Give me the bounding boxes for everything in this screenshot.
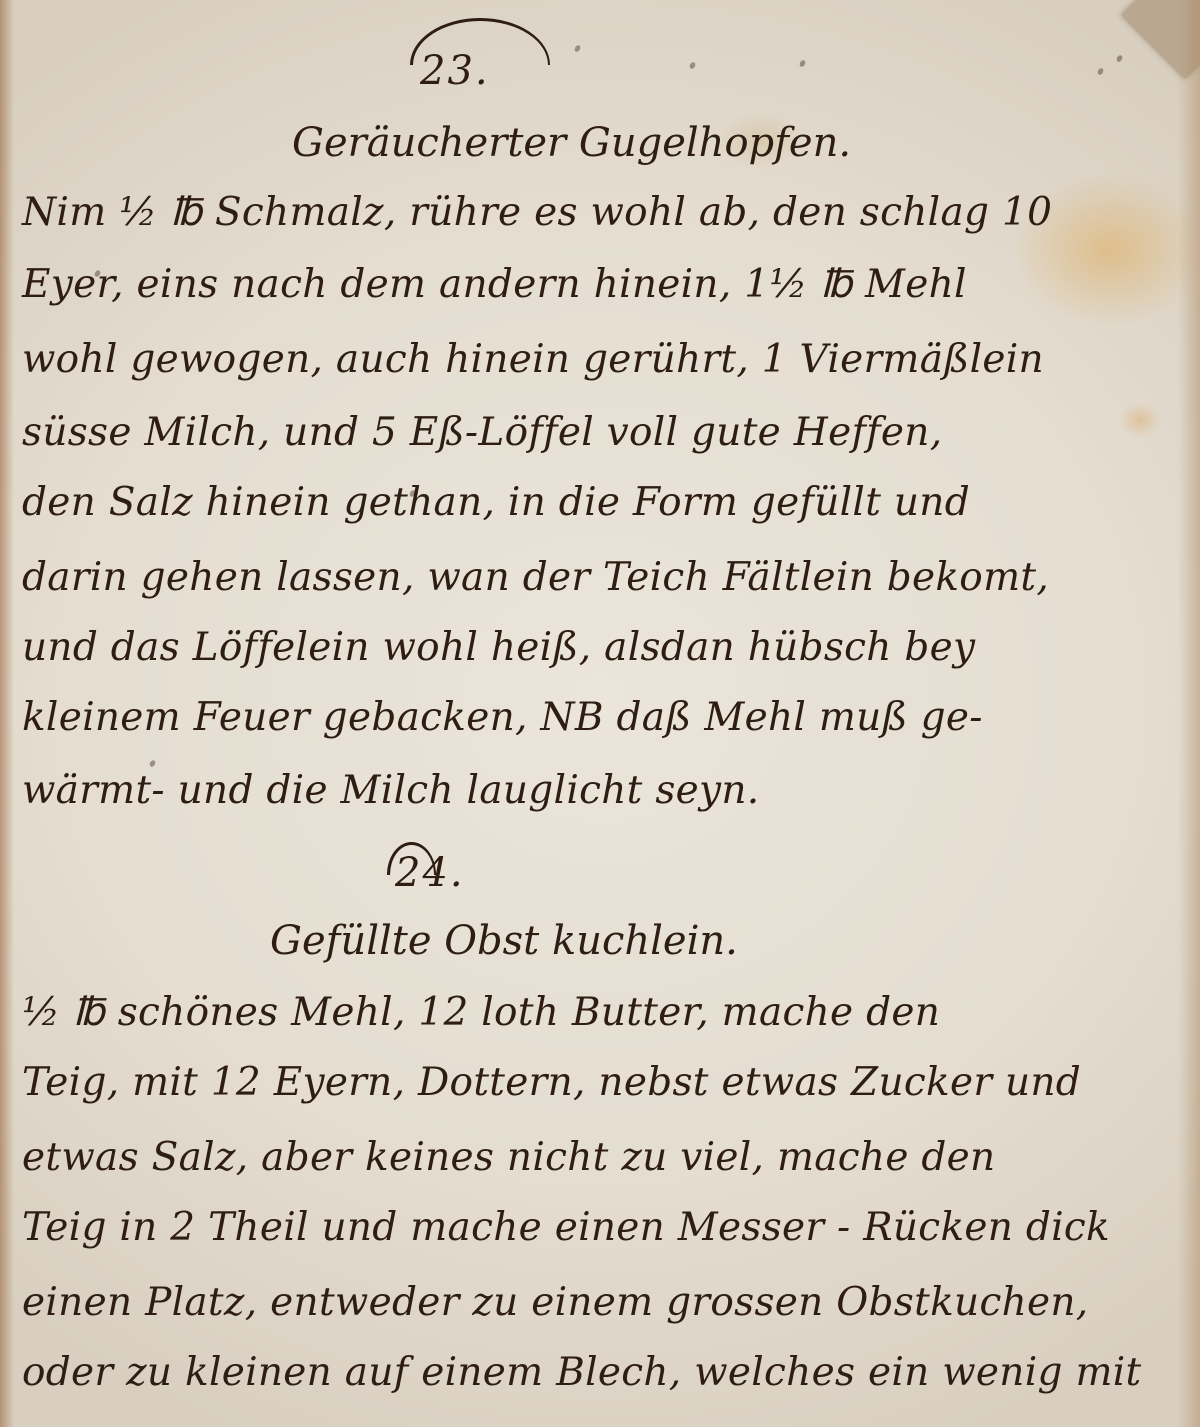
recipe-line: Teig in 2 Theil und mache einen Messer -… [22, 1205, 1110, 1250]
ink-speck [149, 759, 157, 768]
ink-speck [1097, 67, 1105, 76]
number-arc-decoration [410, 18, 550, 65]
recipe-line: wohl gewogen, auch hinein gerührt, 1 Vie… [22, 337, 1044, 382]
recipe-line: oder zu kleinen auf einem Blech, welches… [22, 1350, 1142, 1395]
recipe-line: kleinem Feuer gebacken, NB daß Mehl muß … [22, 695, 983, 740]
recipe-line: Eyer, eins nach dem andern hinein, 1½ ℔ … [22, 262, 967, 307]
number-arc-decoration [387, 842, 436, 875]
recipe-line: süsse Milch, und 5 Eß-Löffel voll gute H… [22, 410, 942, 455]
recipe-line: und das Löffelein wohl heiß, alsdan hübs… [22, 625, 975, 670]
recipe-line: darin gehen lassen, wan der Teich Fältle… [22, 555, 1049, 600]
recipe-line: wärmt- und die Milch lauglicht seyn. [22, 768, 759, 813]
recipe-title: Geräucherter Gugelhopfen. [292, 120, 851, 166]
recipe-line: einen Platz, entweder zu einem grossen O… [22, 1280, 1089, 1325]
ink-speck [799, 59, 807, 68]
recipe-title: Gefüllte Obst kuchlein. [270, 918, 738, 964]
recipe-number: 24. [395, 850, 465, 896]
recipe-number: 23. [420, 48, 490, 94]
page-corner-fold [1121, 0, 1200, 79]
ink-speck [574, 44, 582, 53]
manuscript-page: 23. Geräucherter Gugelhopfen. Nim ½ ℔ Sc… [0, 0, 1200, 1427]
recipe-line: Teig, mit 12 Eyern, Dottern, nebst etwas… [22, 1060, 1081, 1105]
recipe-line: etwas Salz, aber keines nicht zu viel, m… [22, 1135, 995, 1180]
recipe-line: den Salz hinein gethan, in die Form gefü… [22, 480, 970, 525]
recipe-line: ½ ℔ schönes Mehl, 12 loth Butter, mache … [22, 990, 940, 1035]
ink-speck [689, 61, 697, 70]
ink-speck [1116, 54, 1124, 63]
recipe-line: Nim ½ ℔ Schmalz, rühre es wohl ab, den s… [22, 190, 1052, 235]
